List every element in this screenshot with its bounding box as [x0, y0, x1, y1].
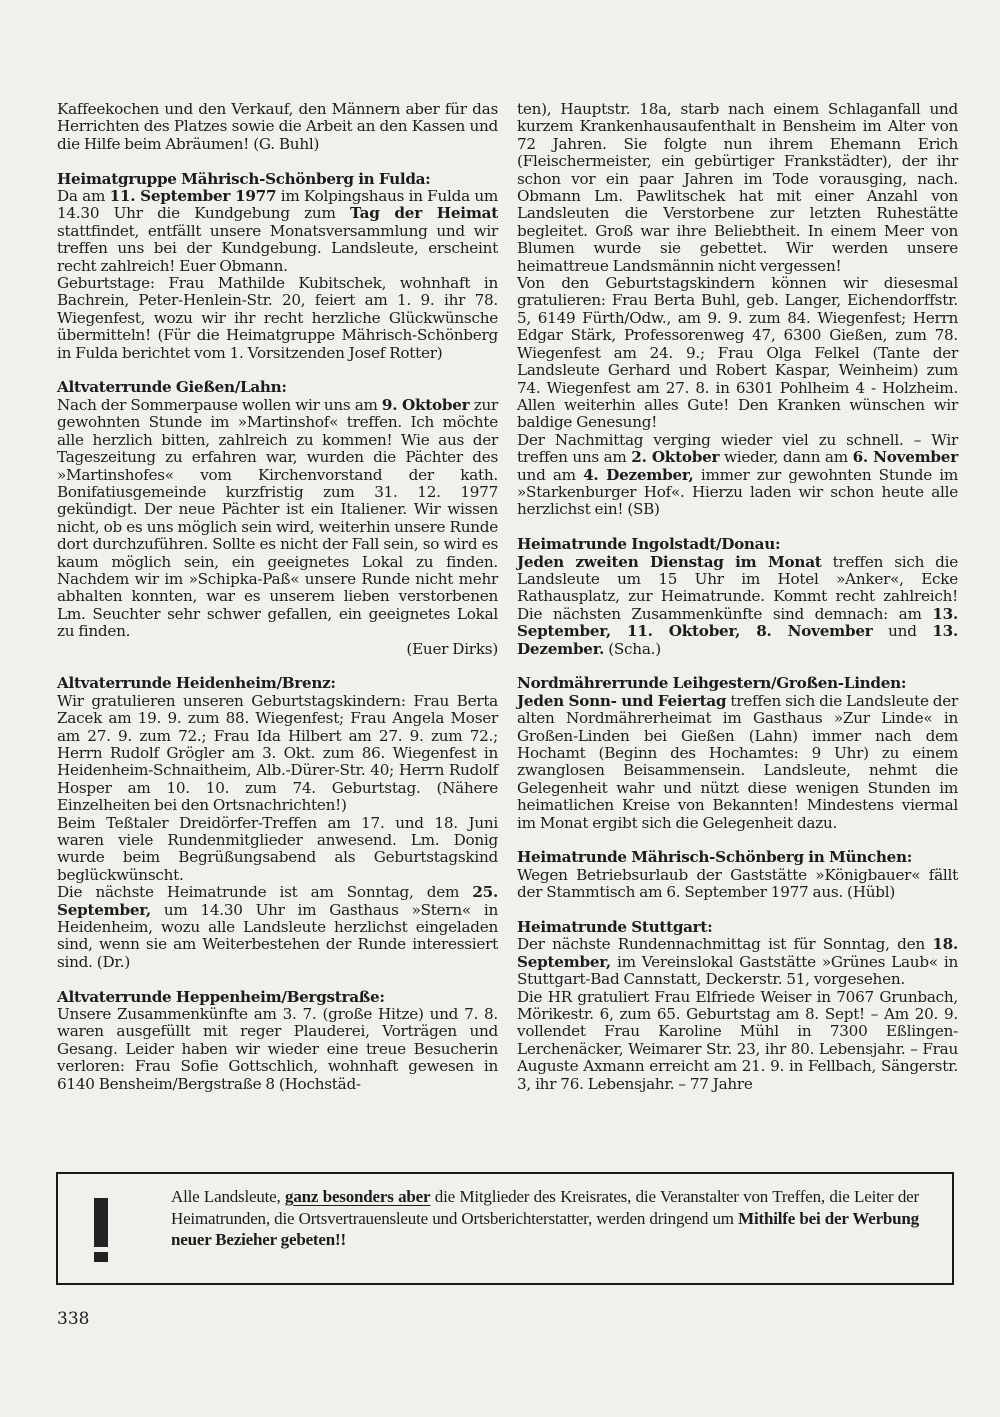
- paragraph: Jeden zweiten Dienstag im Monat treffen …: [517, 554, 958, 658]
- text: treffen sich die Landsleute der alten No…: [517, 692, 958, 832]
- paragraph: Jeden Sonn- und Feiertag treffen sich di…: [517, 693, 958, 832]
- paragraph: Wir gratulieren unseren Geburtstagskinde…: [57, 693, 498, 815]
- text: (Scha.): [604, 640, 661, 658]
- section-heidenheim: Altvaterrunde Heidenheim/Brenz: Wir grat…: [57, 675, 498, 971]
- signature: (Euer Dirks): [57, 641, 498, 658]
- right-column: ten), Hauptstr. 18a, starb nach einem Sc…: [517, 101, 958, 1110]
- section-heading: Heimatgruppe Mährisch-Schönberg in Fulda…: [57, 171, 498, 188]
- section-heading: Altvaterrunde Heidenheim/Brenz:: [57, 675, 498, 692]
- section-heppenheim-continued: ten), Hauptstr. 18a, starb nach einem Sc…: [517, 101, 958, 519]
- paragraph: Nach der Sommerpause wollen wir uns am 9…: [57, 397, 498, 641]
- text: zur gewohnten Stunde im »Martinshof« tre…: [57, 396, 498, 640]
- paragraph: Geburtstage: Frau Mathilde Kubitschek, w…: [57, 275, 498, 362]
- paragraph: Von den Geburtstagskindern können wir di…: [517, 275, 958, 432]
- bold-schedule: Jeden zweiten Dienstag im Monat: [517, 553, 822, 571]
- paragraph: Der nächste Rundennachmittag ist für Son…: [517, 936, 958, 988]
- text: wieder, dann am: [719, 448, 852, 466]
- exclamation-bar: [94, 1198, 108, 1247]
- left-column: Kaffeekochen und den Verkauf, den Männer…: [57, 101, 498, 1110]
- bold-date: 9. Oktober: [382, 396, 470, 414]
- section-heading: Heimatrunde Ingolstadt/Donau:: [517, 536, 958, 553]
- section-heading: Heimatrunde Stuttgart:: [517, 919, 958, 936]
- exclamation-icon: [94, 1198, 108, 1262]
- paragraph: Beim Teßtaler Dreidörfer-Treffen am 17. …: [57, 815, 498, 885]
- bold-schedule: Jeden Sonn- und Feiertag: [517, 692, 726, 710]
- section-heading: Altvaterrunde Gießen/Lahn:: [57, 379, 498, 396]
- section-heading: Heimatrunde Mährisch-Schönberg in Münche…: [517, 849, 958, 866]
- text: und: [873, 622, 933, 640]
- section-ingolstadt: Heimatrunde Ingolstadt/Donau: Jeden zwei…: [517, 536, 958, 658]
- text: Die nächste Heimatrunde ist am Sonntag, …: [57, 883, 472, 901]
- bold-event: Tag der Heimat: [350, 204, 498, 222]
- notice-text: Alle Landsleute, ganz besonders aber die…: [171, 1186, 919, 1251]
- text: Alle Landsleute,: [171, 1187, 285, 1206]
- page-number: 338: [57, 1309, 89, 1329]
- bold-date: 4. Dezember,: [583, 466, 694, 484]
- intro-paragraph: Kaffeekochen und den Verkauf, den Männer…: [57, 101, 498, 153]
- text: Da am: [57, 187, 110, 205]
- paragraph: Wegen Betriebsurlaub der Gaststätte »Kön…: [517, 867, 958, 902]
- paragraph: Unsere Zusammenkünfte am 3. 7. (große Hi…: [57, 1006, 498, 1093]
- text: und am: [517, 466, 583, 484]
- section-heppenheim: Altvaterrunde Heppenheim/Bergstraße: Uns…: [57, 989, 498, 1093]
- paragraph: Die HR gratuliert Frau Elfriede Weiser i…: [517, 989, 958, 1093]
- section-heading: Nordmährerrunde Leihgestern/Großen-Linde…: [517, 675, 958, 692]
- section-muenchen: Heimatrunde Mährisch-Schönberg in Münche…: [517, 849, 958, 901]
- text: Der nächste Rundennachmittag ist für Son…: [517, 935, 932, 953]
- section-stuttgart: Heimatrunde Stuttgart: Der nächste Runde…: [517, 919, 958, 1093]
- section-fulda: Heimatgruppe Mährisch-Schönberg in Fulda…: [57, 171, 498, 362]
- section-leihgestern: Nordmährerrunde Leihgestern/Großen-Linde…: [517, 675, 958, 832]
- bold-date: 6. November: [853, 448, 958, 466]
- paragraph: ten), Hauptstr. 18a, starb nach einem Sc…: [517, 101, 958, 275]
- paragraph: Die nächste Heimatrunde ist am Sonntag, …: [57, 884, 498, 971]
- intro-continuation: Kaffeekochen und den Verkauf, den Männer…: [57, 101, 498, 153]
- text: Nach der Sommerpause wollen wir uns am: [57, 396, 382, 414]
- underlined-emphasis: ganz besonders aber: [285, 1187, 430, 1206]
- text: stattfindet, entfällt unsere Monatsversa…: [57, 222, 498, 275]
- paragraph: Da am 11. September 1977 im Kolpingshaus…: [57, 188, 498, 275]
- bold-date: 11. September 1977: [110, 187, 277, 205]
- exclamation-dot: [94, 1252, 108, 1262]
- section-heading: Altvaterrunde Heppenheim/Bergstraße:: [57, 989, 498, 1006]
- section-giessen: Altvaterrunde Gießen/Lahn: Nach der Somm…: [57, 379, 498, 658]
- notice-box: Alle Landsleute, ganz besonders aber die…: [56, 1172, 954, 1285]
- bold-date: 2. Oktober: [631, 448, 719, 466]
- paragraph: Der Nachmittag verging wieder viel zu sc…: [517, 432, 958, 519]
